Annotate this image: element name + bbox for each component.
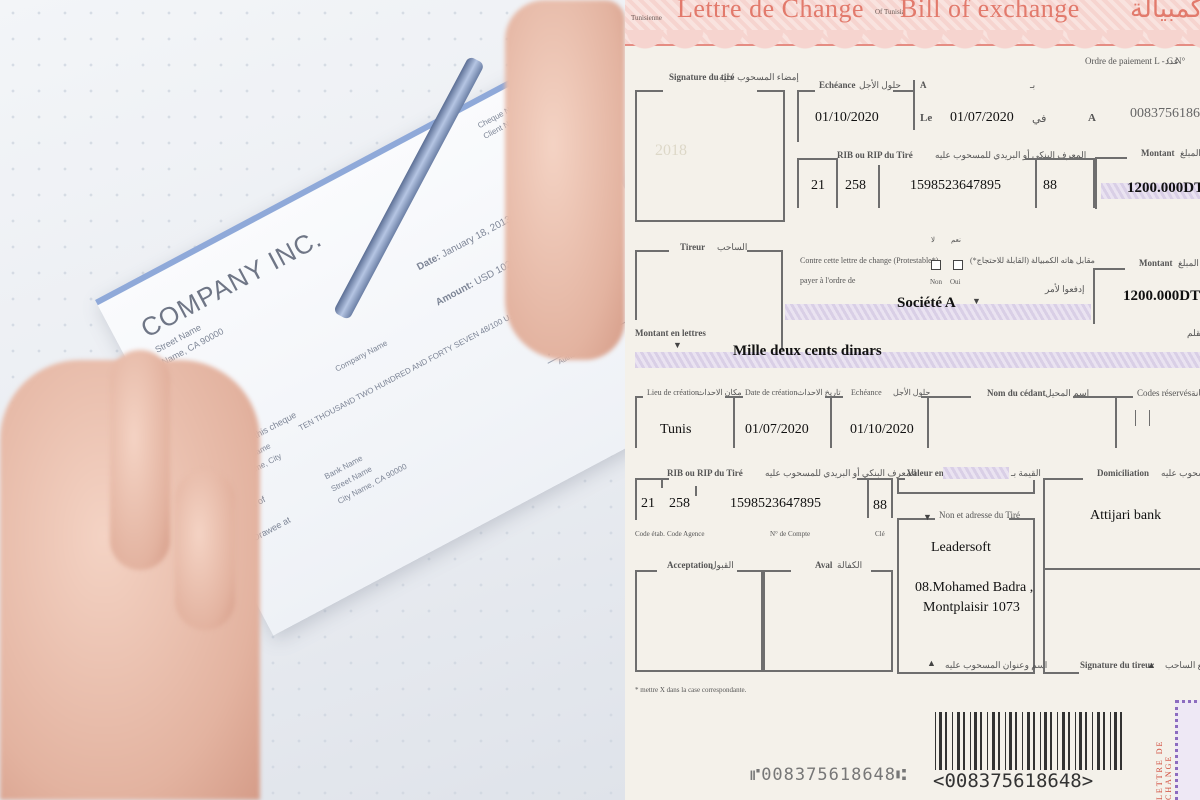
montant2-value[interactable]: 1200.000DT xyxy=(1123,288,1200,305)
montant-lettres-value[interactable]: Mille deux cents dinars xyxy=(733,343,882,360)
header-title-en: Bill of exchange xyxy=(900,0,1080,24)
valeur-ar: القيمة بـ xyxy=(1011,468,1041,479)
code-etab-label: Code étab. xyxy=(635,530,665,538)
micr-line: ⑈008375618648⑆ xyxy=(750,765,907,785)
montant-lettres-label: Montant en lettres xyxy=(635,328,706,338)
compte-label: N° de Compte xyxy=(770,530,810,538)
protest-ar: مقابل هاته الكمبيالة (القابلة للاحتجاج*) xyxy=(970,256,1095,265)
tax-stamp xyxy=(1175,700,1200,800)
acceptation-box[interactable] xyxy=(635,570,763,672)
le-label: Le xyxy=(920,112,932,124)
rib-top-cle[interactable]: 88 xyxy=(1043,178,1057,194)
barcode xyxy=(935,712,1125,770)
nom-cedant-label: Nom du cédant xyxy=(987,388,1046,398)
ordre-ar: عدد xyxy=(1165,56,1179,67)
echeance-value[interactable]: 01/10/2020 xyxy=(815,110,879,126)
acceptation-ar: القبول xyxy=(710,560,734,571)
valeur-guilloche xyxy=(943,467,1009,479)
rib-top-code-agence[interactable]: 258 xyxy=(845,178,866,194)
header-band: Tunisienne Lettre de Change Of Tunisia B… xyxy=(625,0,1200,46)
stamp-text: LETTRE DE CHANGE xyxy=(1155,712,1173,800)
serial-number: 00837561864 xyxy=(1130,106,1200,122)
aval-label: Aval xyxy=(815,560,832,570)
header-scallop xyxy=(625,30,1200,50)
code-agence-label: Code Agence xyxy=(667,530,705,538)
a-label: A xyxy=(920,80,927,90)
rib-top-code-etab[interactable]: 21 xyxy=(811,178,825,194)
triangle-down-icon: ▼ xyxy=(923,512,932,522)
triangle-down-icon: ▼ xyxy=(972,296,981,306)
montant1-label: Montant xyxy=(1141,148,1175,158)
le-ar: في xyxy=(1032,112,1046,125)
aval-box[interactable] xyxy=(763,570,893,672)
domiciliation-ar: عنوان الفرع المسحوب عليه xyxy=(1161,468,1200,479)
montant-lettres-ar: القلم xyxy=(1187,328,1200,339)
tire-name[interactable]: Leadersoft xyxy=(931,540,991,556)
cheque-signing-photo: COMPANY INC. Street Name Name, CA 90000 … xyxy=(0,0,625,800)
triangle-up-icon: ▲ xyxy=(927,658,936,668)
payer-label: payer à l'ordre de xyxy=(800,276,855,285)
a2-label: A xyxy=(1088,112,1096,124)
signature-tireur-ar: توقيع الساحب xyxy=(1165,660,1200,671)
le-value[interactable]: 01/07/2020 xyxy=(950,110,1014,126)
cle-label: Clé xyxy=(875,530,885,538)
tire-address-2[interactable]: Montplaisir 1073 xyxy=(923,600,1020,616)
triangle-up-icon: ▲ xyxy=(1147,660,1156,670)
triangle-down-icon: ▼ xyxy=(673,340,682,350)
montant1-ar: المبلغ xyxy=(1180,148,1200,159)
rib-bottom-code-agence[interactable]: 258 xyxy=(669,496,690,512)
echeance2-value[interactable]: 01/10/2020 xyxy=(850,422,914,438)
montant2-ar: المبلغ xyxy=(1178,258,1199,269)
tire-address-1[interactable]: 08.Mohamed Badra , xyxy=(915,580,1033,596)
protest-text: Contre cette lettre de change (Protestab… xyxy=(800,256,938,265)
rib-bottom-compte[interactable]: 1598523647895 xyxy=(730,496,821,512)
rib-top-compte[interactable]: 1598523647895 xyxy=(910,178,1001,194)
right-hand xyxy=(505,0,625,360)
lieu-value[interactable]: Tunis xyxy=(660,422,691,438)
rib-bottom-code-etab[interactable]: 21 xyxy=(641,496,655,512)
left-finger-2 xyxy=(175,470,235,630)
montant1-value[interactable]: 1200.000DT xyxy=(1127,180,1200,197)
bill-of-exchange: Tunisienne Lettre de Change Of Tunisia B… xyxy=(625,0,1200,800)
left-finger xyxy=(110,350,170,570)
faint-year: 2018 xyxy=(655,142,687,160)
rib-bottom-label: RIB ou RIP du Tiré xyxy=(667,468,743,478)
rib-top-label: RIB ou RIP du Tiré xyxy=(837,150,913,160)
rib-bottom-cle[interactable]: 88 xyxy=(873,498,887,514)
tireur-ar: الساحب xyxy=(717,242,747,253)
header-title-ar: كمبيالة xyxy=(1130,0,1200,24)
protest-non-ar: لا xyxy=(931,236,935,244)
aval-ar: الكفالة xyxy=(837,560,862,571)
lieu-label: Lieu de création xyxy=(647,388,699,397)
codes-reserves-ar: خانة xyxy=(1191,388,1200,399)
echeance-label: Echéance xyxy=(819,80,856,90)
domiciliation-label: Domiciliation xyxy=(1097,468,1149,478)
protest-non-checkbox[interactable] xyxy=(931,260,941,270)
signature-tireur-label: Signature du tireur xyxy=(1080,660,1154,670)
echeance-ar: حلول الأجل xyxy=(859,80,901,91)
protest-oui-label: Oui xyxy=(950,278,961,286)
payee-value[interactable]: Société A xyxy=(897,295,956,312)
date-creation-value[interactable]: 01/07/2020 xyxy=(745,422,809,438)
montant-lettres-guilloche xyxy=(635,352,1200,368)
a-ar: بـ xyxy=(1030,80,1035,91)
footnote: * mettre X dans la case correspondante. xyxy=(635,686,746,694)
payer-ar: إدفعوا لأمر xyxy=(1045,284,1084,295)
codes-reserves-label: Codes réservés xyxy=(1137,388,1191,398)
header-left-small: Tunisienne xyxy=(631,14,662,22)
barcode-number: <008375618648> xyxy=(933,770,1093,792)
rib-bottom-ar: المعرف البنكي أو البريدي للمسحوب عليه xyxy=(765,468,916,479)
protest-non-label: Non xyxy=(930,278,942,286)
nom-adresse-ar: اسم وعنوان المسحوب عليه xyxy=(945,660,1047,671)
protest-oui-ar: نعم xyxy=(951,236,961,244)
signature-tire-ar: إمضاء المسحوب عليه xyxy=(719,72,799,83)
montant2-label: Montant xyxy=(1139,258,1173,268)
header-title-fr: Lettre de Change xyxy=(677,0,864,24)
company-name-label: Company Name xyxy=(334,338,389,373)
valeur-label: Valeur en xyxy=(907,468,944,478)
nom-adresse-label: Non et adresse du Tiré xyxy=(939,510,1020,520)
echeance2-label: Echéance xyxy=(851,388,882,397)
acceptation-label: Acceptation xyxy=(667,560,713,570)
domiciliation-value[interactable]: Attijari bank xyxy=(1090,508,1161,524)
date-creation-label: Date de création xyxy=(745,388,797,397)
tireur-label: Tireur xyxy=(680,242,705,252)
protest-oui-checkbox[interactable] xyxy=(953,260,963,270)
